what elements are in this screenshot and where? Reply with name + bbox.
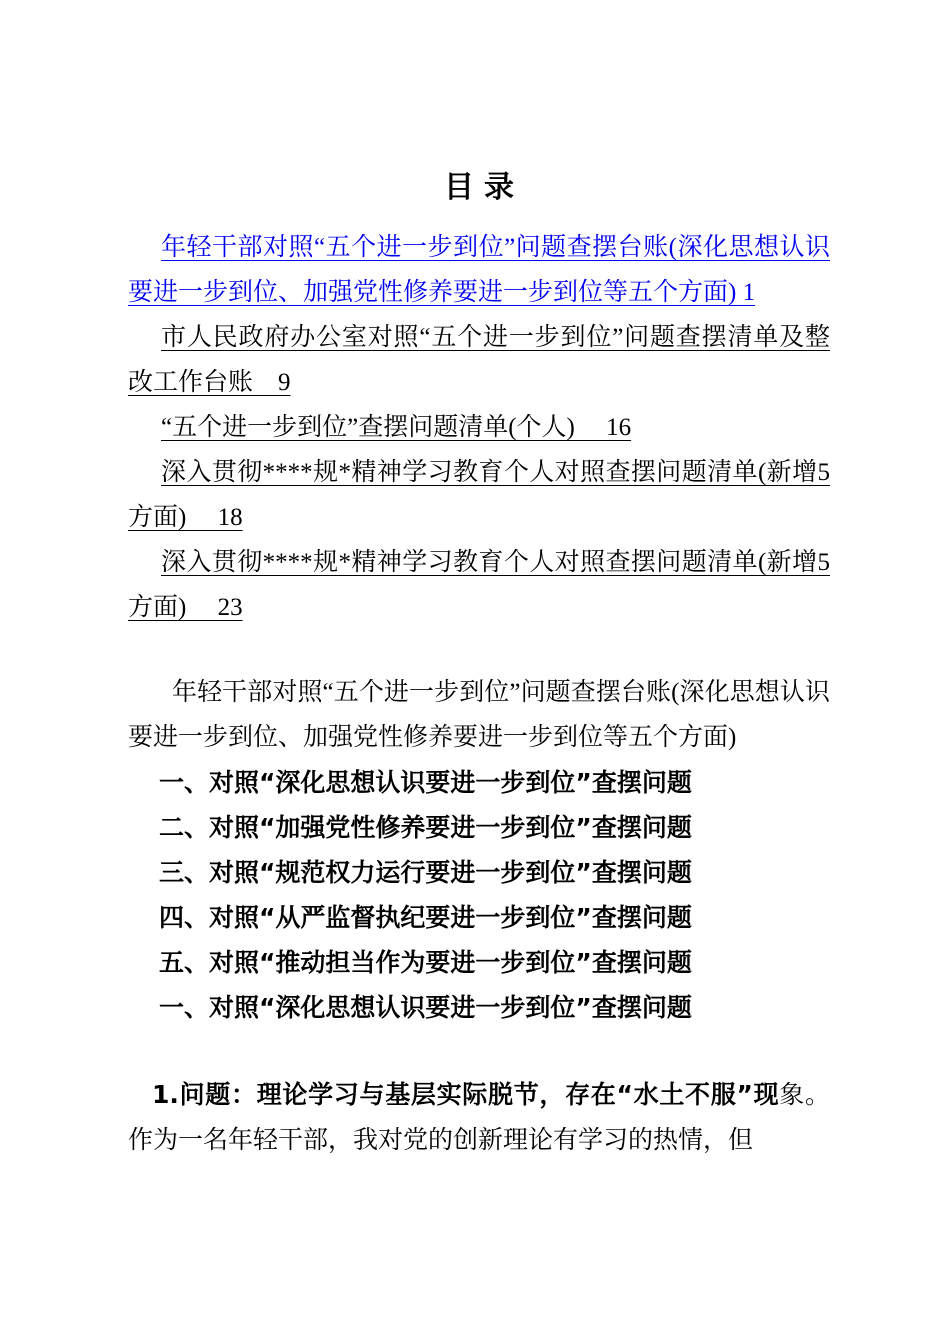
toc-list: 年轻干部对照“五个进一步到位”问题查摆台账(深化思想认识要进一步到位、加强党性修… [128,225,830,630]
section-heading-4: 四、对照“从严监督执纪要进一步到位”查摆问题 [128,895,830,940]
document-page: 目录 年轻干部对照“五个进一步到位”问题查摆台账(深化思想认识要进一步到位、加强… [0,0,950,1344]
toc-title: 目录 [128,165,830,210]
section-heading-2: 二、对照“加强党性修养要进一步到位”查摆问题 [128,805,830,850]
toc-entry-5[interactable]: 深入贯彻****规*精神学习教育个人对照查摆问题清单(新增5方面) 23 [128,540,830,630]
section-heading-5: 五、对照“推动担当作为要进一步到位”查摆问题 [128,940,830,985]
toc-entry-3[interactable]: “五个进一步到位”查摆问题清单(个人) 16 [128,405,830,450]
toc-entry-2[interactable]: 市人民政府办公室对照“五个进一步到位”问题查摆清单及整改工作台账 9 [128,315,830,405]
problem-bold-lead: 1.问题：理论学习与基层实际脱节，存在“水土不服”现 [152,1080,779,1109]
document-title-paragraph: 年轻干部对照“五个进一步到位”问题查摆台账(深化思想认识要进一步到位、加强党性修… [128,670,830,760]
toc-entry-1[interactable]: 年轻干部对照“五个进一步到位”问题查摆台账(深化思想认识要进一步到位、加强党性修… [128,225,830,315]
toc-entry-4[interactable]: 深入贯彻****规*精神学习教育个人对照查摆问题清单(新增5方面) 18 [128,450,830,540]
problem-paragraph: 1.问题：理论学习与基层实际脱节，存在“水土不服”现象。作为一名年轻干部，我对党… [128,1072,830,1163]
section-heading-3: 三、对照“规范权力运行要进一步到位”查摆问题 [128,850,830,895]
section-heading-1: 一、对照“深化思想认识要进一步到位”查摆问题 [128,760,830,805]
document-content: 目录 年轻干部对照“五个进一步到位”问题查摆台账(深化思想认识要进一步到位、加强… [0,0,950,1163]
section-heading-6: 一、对照“深化思想认识要进一步到位”查摆问题 [128,985,830,1030]
